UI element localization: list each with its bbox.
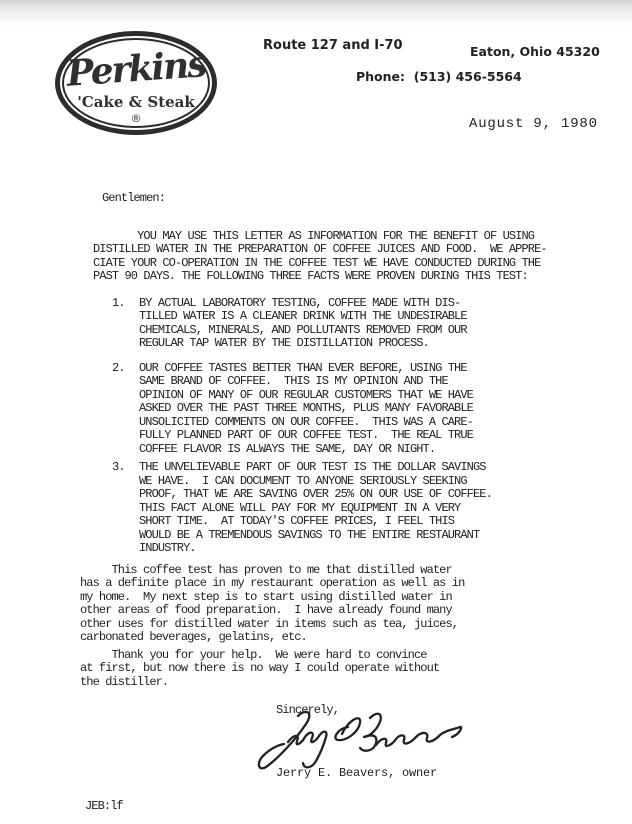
letter-body: Gentlemen: YOU MAY USE THIS LETTER AS IN… [80,192,580,689]
third-paragraph: Thank you for your help. We were hard to… [80,649,580,690]
letter-date: August 9, 1980 [469,116,598,132]
letterhead-city: Eaton, Ohio 45320 [470,44,600,59]
typist-reference: JEB:lf [85,800,123,814]
fact-text: BY ACTUAL LABORATORY TESTING, COFFEE MAD… [139,297,467,351]
logo-tagline: 'Cake & Steak [60,93,212,111]
handwritten-signature [254,708,464,772]
fact-number: 3. [112,461,139,556]
letterhead-phone: Phone: (513) 456-5564 [356,69,522,84]
fact-text: OUR COFFEE TASTES BETTER THAN EVER BEFOR… [139,362,473,457]
salutation: Gentlemen: [102,192,580,206]
scan-shadow [0,0,632,26]
opening-paragraph: YOU MAY USE THIS LETTER AS INFORMATION F… [93,230,580,284]
letterhead-address: Route 127 and I-70 [263,38,403,53]
fact-text: THE UNVELIEVABLE PART OF OUR TEST IS THE… [139,461,492,556]
fact-number: 1. [112,297,139,351]
logo-brand-text: Perkins [59,45,213,94]
second-paragraph: This coffee test has proven to me that d… [80,564,580,645]
perkins-logo: Perkins 'Cake & Steak ® [55,31,217,135]
fact-number: 2. [112,362,139,457]
fact-item-1: 1. BY ACTUAL LABORATORY TESTING, COFFEE … [80,297,580,351]
registered-trademark-icon: ® [60,112,212,125]
scanned-letter-page: Perkins 'Cake & Steak ® Route 127 and I-… [0,0,632,824]
fact-item-3: 3. THE UNVELIEVABLE PART OF OUR TEST IS … [80,461,580,556]
fact-item-2: 2. OUR COFFEE TASTES BETTER THAN EVER BE… [80,362,580,457]
typed-signature-name: Jerry E. Beavers, owner [276,767,437,781]
